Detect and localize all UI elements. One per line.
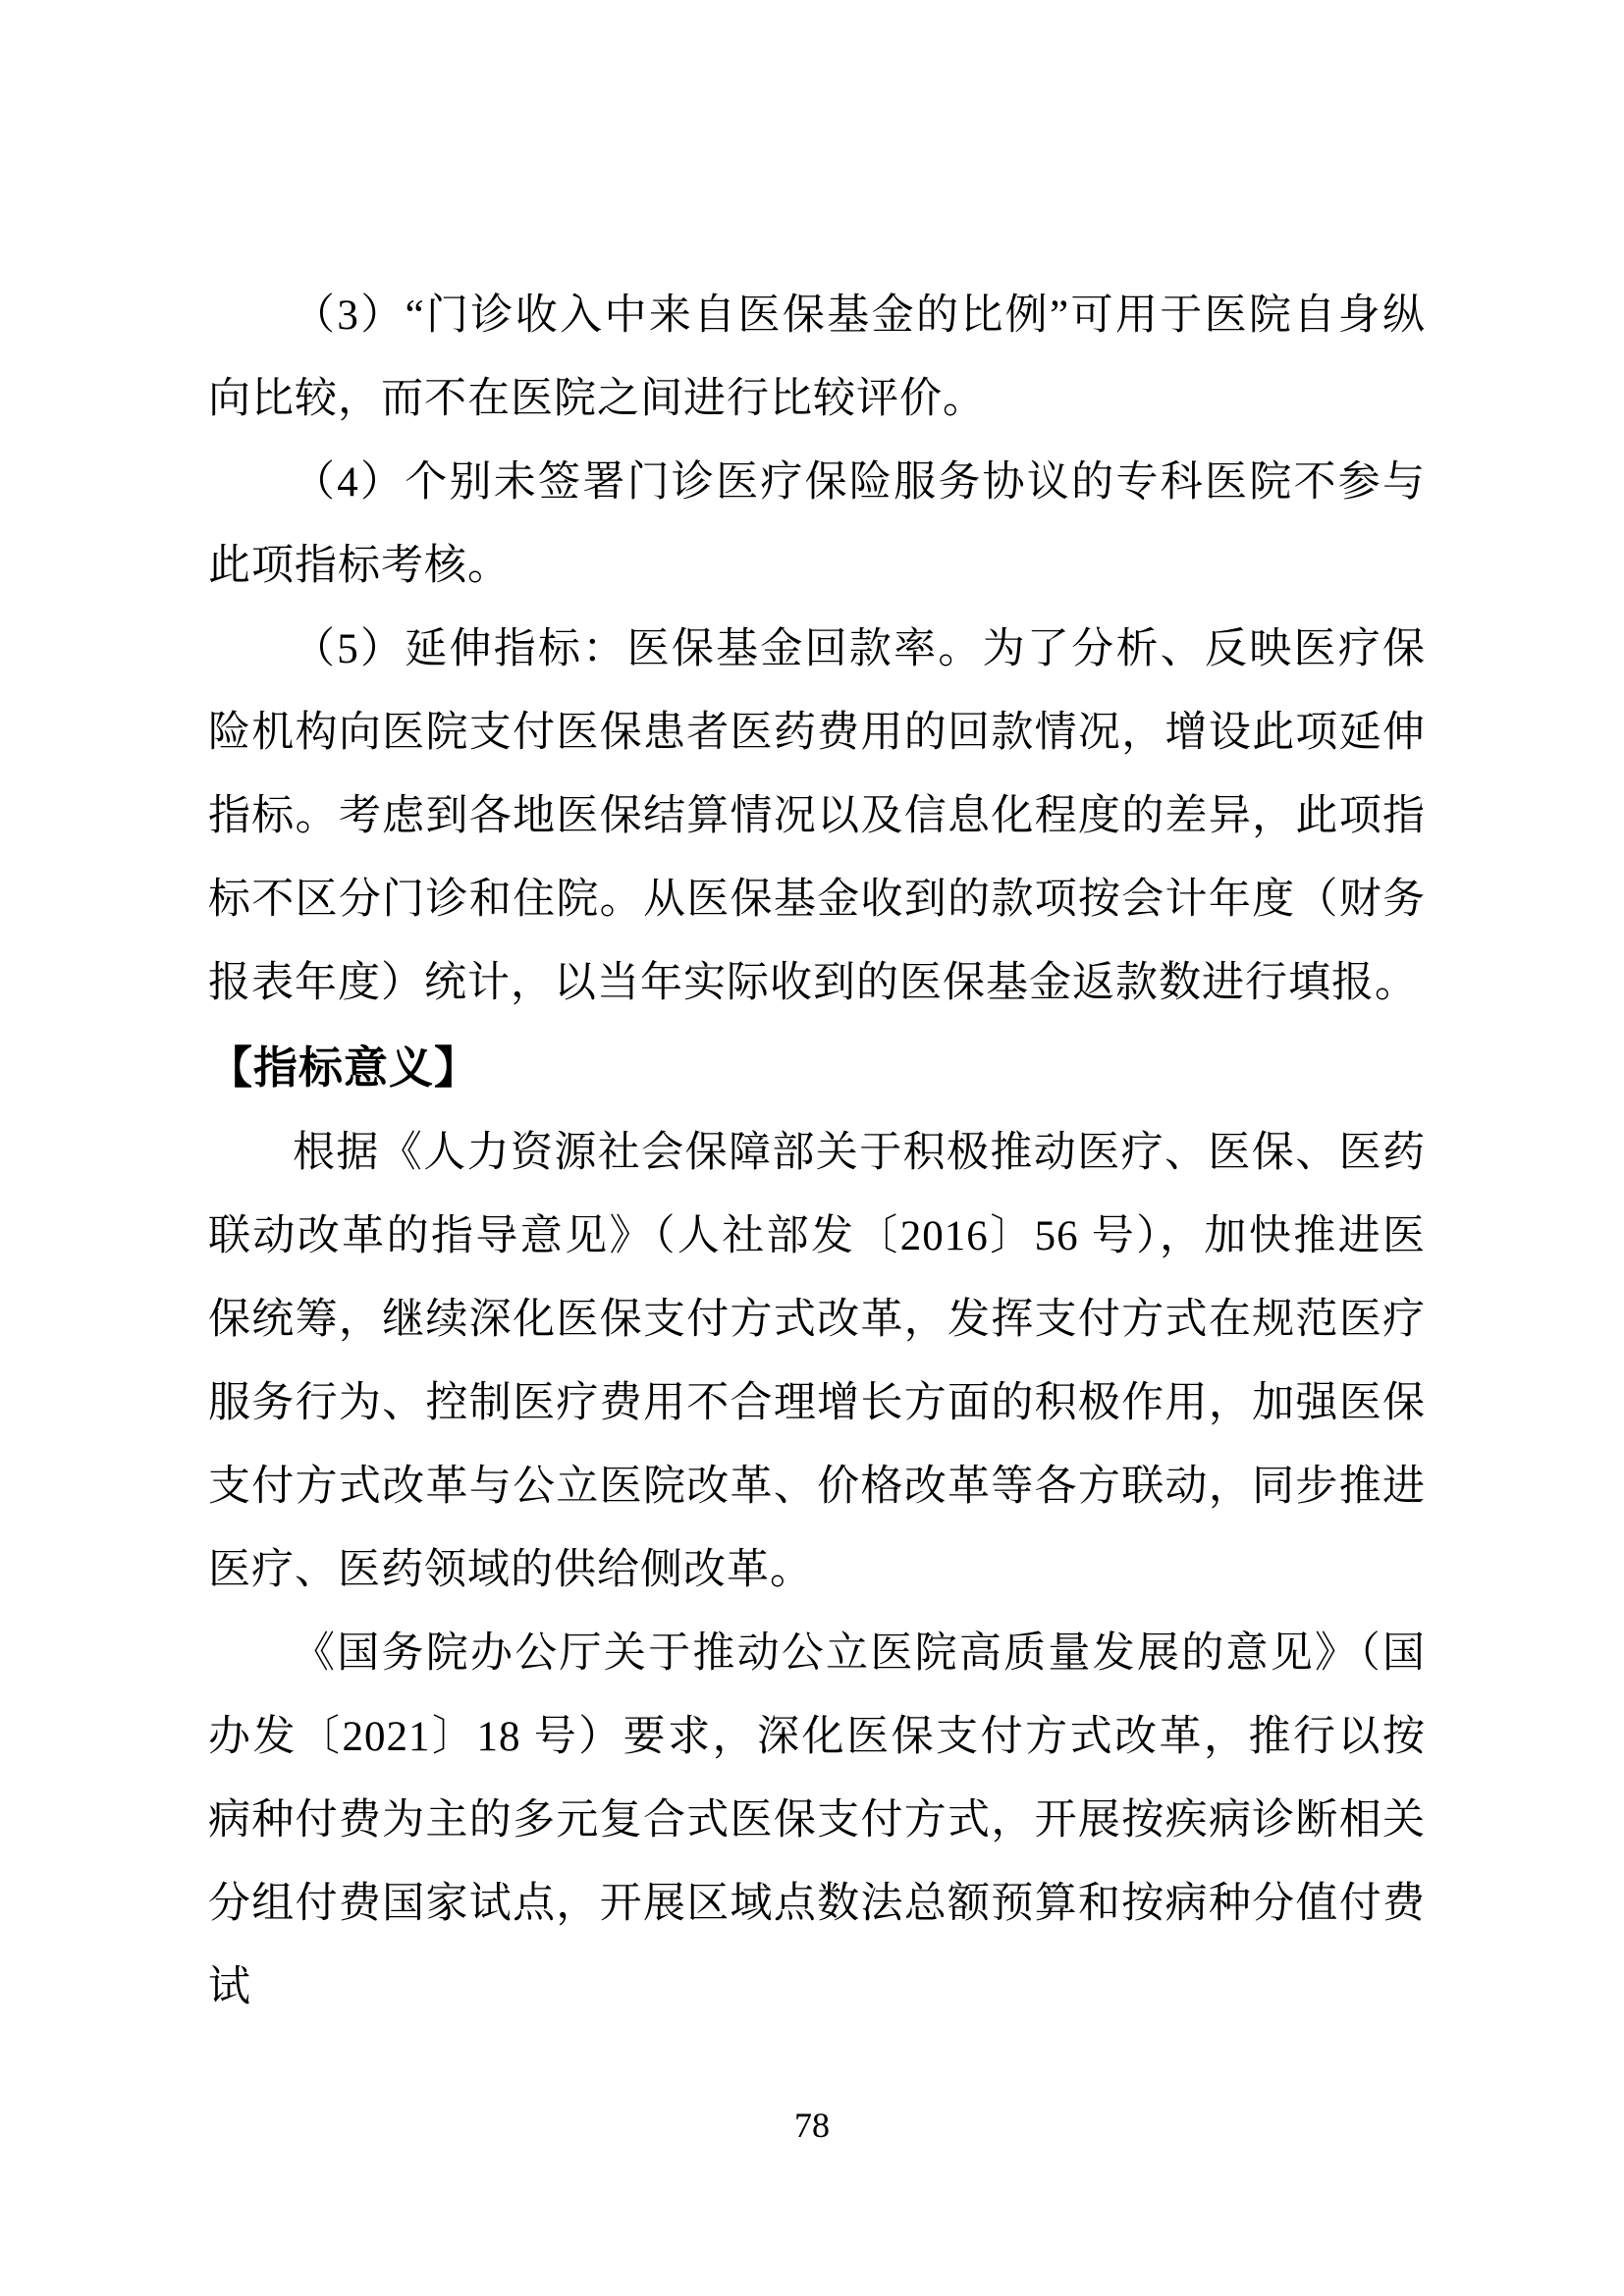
page-number: 78 <box>0 2101 1624 2150</box>
paragraph-policy-2021: 《国务院办公厅关于推动公立医院高质量发展的意见》（国办发〔2021〕18 号）要… <box>208 1612 1426 2029</box>
paragraph-policy-2016: 根据《人力资源社会保障部关于积极推动医疗、医保、医药联动改革的指导意见》（人社部… <box>208 1111 1426 1612</box>
section-heading-indicator-significance: 【指标意义】 <box>208 1025 1426 1111</box>
paragraph-3: （3）“门诊收入中来自医保基金的比例”可用于医院自身纵向比较，而不在医院之间进行… <box>208 274 1426 441</box>
document-page: （3）“门诊收入中来自医保基金的比例”可用于医院自身纵向比较，而不在医院之间进行… <box>0 0 1624 2296</box>
paragraph-4: （4）个别未签署门诊医疗保险服务协议的专科医院不参与此项指标考核。 <box>208 441 1426 608</box>
paragraph-5: （5）延伸指标：医保基金回款率。为了分析、反映医疗保险机构向医院支付医保患者医药… <box>208 608 1426 1025</box>
document-body: （3）“门诊收入中来自医保基金的比例”可用于医院自身纵向比较，而不在医院之间进行… <box>208 274 1426 2029</box>
